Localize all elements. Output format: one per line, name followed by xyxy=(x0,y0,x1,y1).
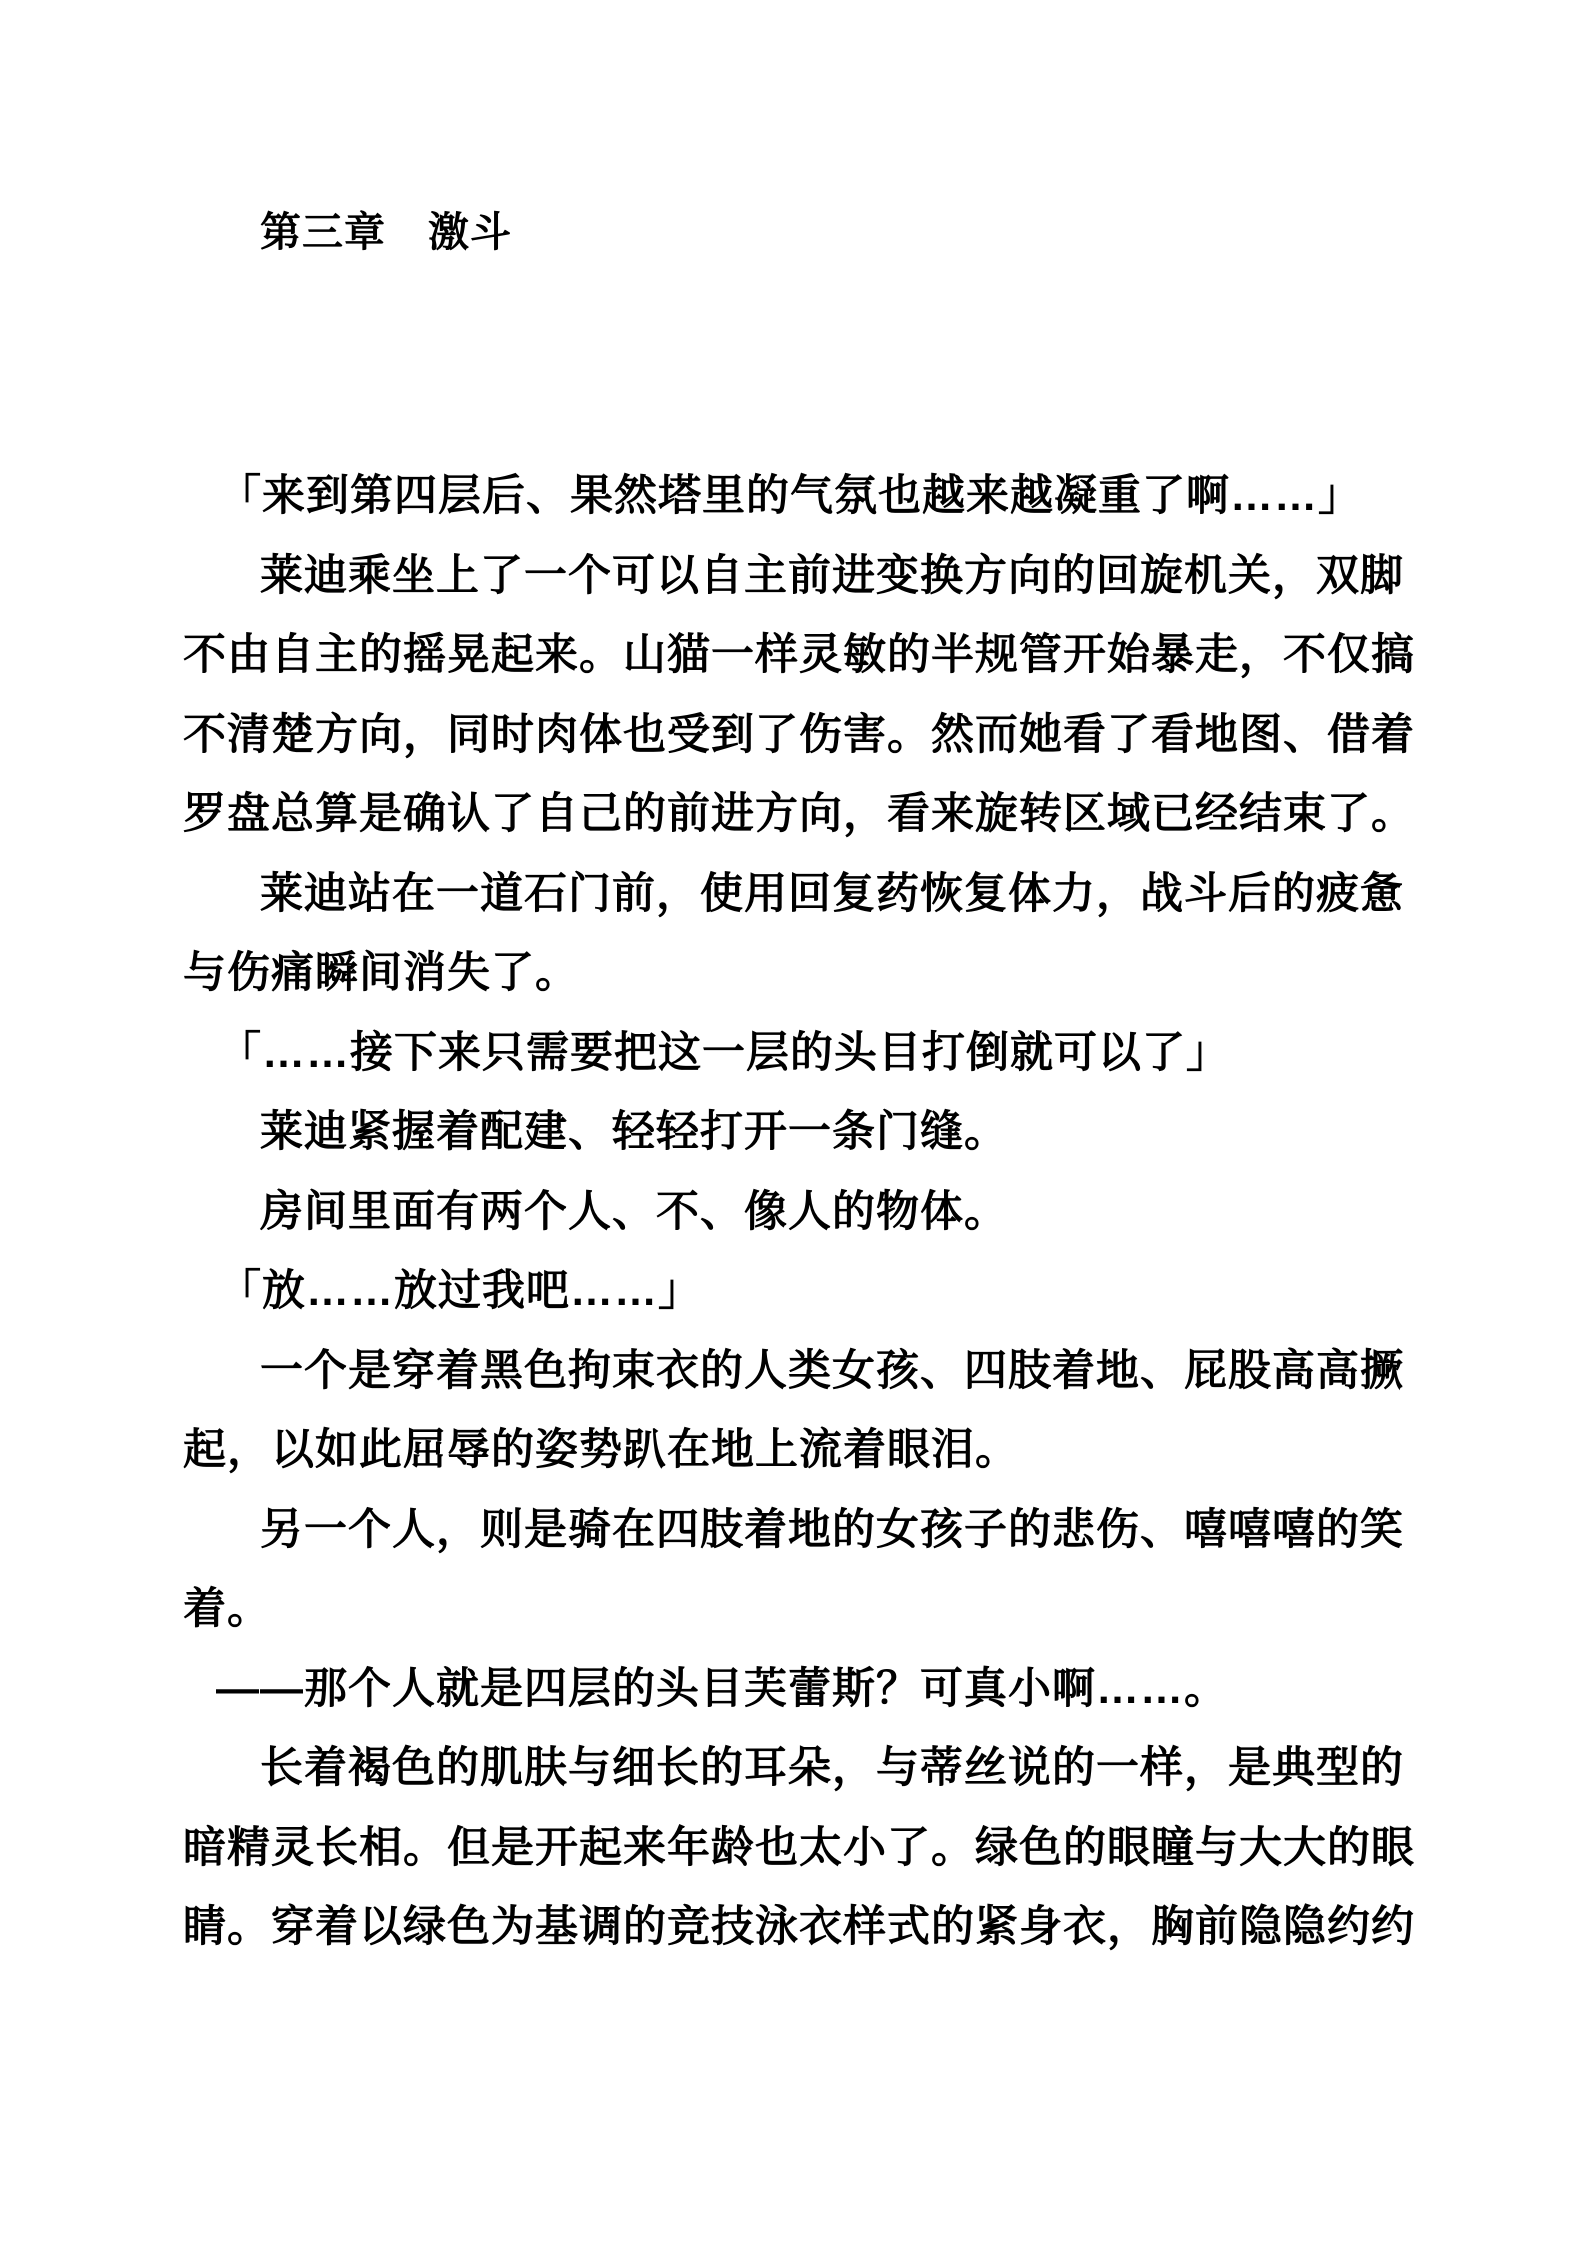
body-text: 「来到第四层后、果然塔里的气氛也越来越凝重了啊……」莱迪乘坐上了一个可以自主前进… xyxy=(183,457,1487,1968)
text-line: 「……接下来只需要把这一层的头目打倒就可以了」 xyxy=(183,1014,1487,1094)
text-line: 「放……放过我吧……」 xyxy=(183,1252,1487,1332)
text-line: 「来到第四层后、果然塔里的气氛也越来越凝重了啊……」 xyxy=(183,457,1487,537)
text-line: 莱迪站在一道石门前，使用回复药恢复体力，战斗后的疲惫 xyxy=(183,855,1487,935)
chapter-title: 第三章 激斗 xyxy=(183,206,1487,258)
text-line: 一个是穿着黑色拘束衣的人类女孩、四肢着地、屁股高高撅 xyxy=(183,1332,1487,1412)
text-line: 房间里面有两个人、不、像人的物体。 xyxy=(183,1173,1487,1253)
text-line: 着。 xyxy=(183,1570,1487,1650)
text-line: 起，以如此屈辱的姿势趴在地上流着眼泪。 xyxy=(183,1411,1487,1491)
text-line: 罗盘总算是确认了自己的前进方向，看来旋转区域已经结束了。 xyxy=(183,775,1487,855)
text-line: 暗精灵长相。但是开起来年龄也太小了。绿色的眼瞳与大大的眼 xyxy=(183,1809,1487,1889)
text-line: 长着褐色的肌肤与细长的耳朵，与蒂丝说的一样，是典型的 xyxy=(183,1729,1487,1809)
text-line: 另一个人，则是骑在四肢着地的女孩子的悲伤、嘻嘻嘻的笑 xyxy=(183,1491,1487,1571)
text-line: 莱迪乘坐上了一个可以自主前进变换方向的回旋机关，双脚 xyxy=(183,537,1487,617)
text-line: 不清楚方向，同时肉体也受到了伤害。然而她看了看地图、借着 xyxy=(183,696,1487,776)
document-page: 第三章 激斗 「来到第四层后、果然塔里的气氛也越来越凝重了啊……」莱迪乘坐上了一… xyxy=(0,0,1587,2245)
text-line: 睛。穿着以绿色为基调的竞技泳衣样式的紧身衣，胸前隐隐约约 xyxy=(183,1888,1487,1968)
text-line: 与伤痛瞬间消失了。 xyxy=(183,934,1487,1014)
text-line: ——那个人就是四层的头目芙蕾斯？可真小啊……。 xyxy=(183,1650,1487,1730)
text-line: 不由自主的摇晃起来。山猫一样灵敏的半规管开始暴走，不仅搞 xyxy=(183,616,1487,696)
text-line: 莱迪紧握着配建、轻轻打开一条门缝。 xyxy=(183,1093,1487,1173)
